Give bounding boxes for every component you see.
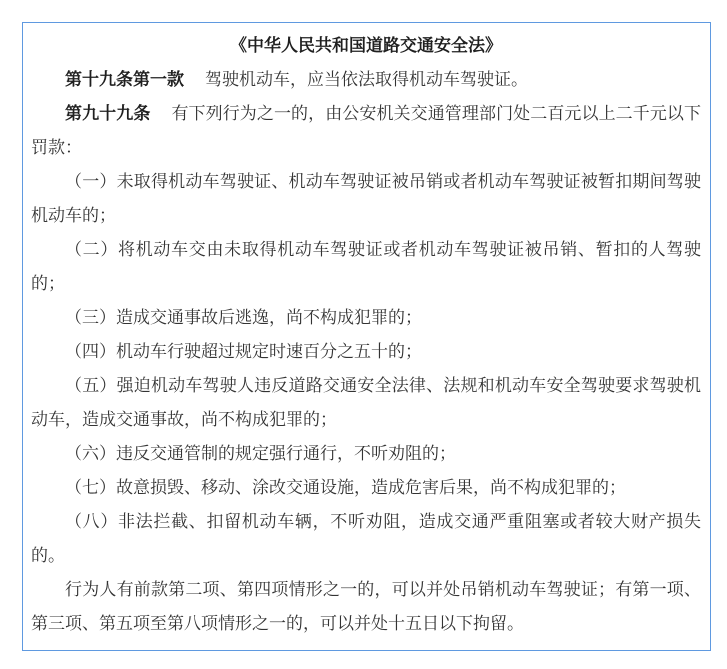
law-item-2: （二）将机动车交由未取得机动车驾驶证或者机动车驾驶证被吊销、暂扣的人驾驶的； — [31, 233, 701, 301]
law-quote-card: 《中华人民共和国道路交通安全法》 第十九条第一款驾驶机动车，应当依法取得机动车驾… — [22, 22, 711, 651]
law-item-8: （八）非法拦截、扣留机动车辆，不听劝阻，造成交通严重阻塞或者较大财产损失的。 — [31, 505, 701, 573]
article-19-paragraph: 第十九条第一款驾驶机动车，应当依法取得机动车驾驶证。 — [31, 63, 701, 97]
law-item-6: （六）违反交通管制的规定强行通行，不听劝阻的； — [31, 437, 701, 471]
penalty-note-paragraph: 行为人有前款第二项、第四项情形之一的，可以并处吊销机动车驾驶证；有第一项、第三项… — [31, 573, 701, 641]
law-item-1: （一）未取得机动车驾驶证、机动车驾驶证被吊销或者机动车驾驶证被暂扣期间驾驶机动车… — [31, 165, 701, 233]
law-item-5: （五）强迫机动车驾驶人违反道路交通安全法律、法规和机动车安全驾驶要求驾驶机动车，… — [31, 369, 701, 437]
article-99-number: 第九十九条 — [65, 104, 150, 123]
law-title: 《中华人民共和国道路交通安全法》 — [31, 29, 701, 63]
article-19-text: 驾驶机动车，应当依法取得机动车驾驶证。 — [205, 70, 528, 89]
article-19-number: 第十九条第一款 — [65, 70, 184, 89]
law-item-4: （四）机动车行驶超过规定时速百分之五十的； — [31, 335, 701, 369]
law-item-7: （七）故意损毁、移动、涂改交通设施，造成危害后果，尚不构成犯罪的； — [31, 471, 701, 505]
law-item-3: （三）造成交通事故后逃逸，尚不构成犯罪的； — [31, 301, 701, 335]
article-99-paragraph: 第九十九条有下列行为之一的，由公安机关交通管理部门处二百元以上二千元以下罚款： — [31, 97, 701, 165]
